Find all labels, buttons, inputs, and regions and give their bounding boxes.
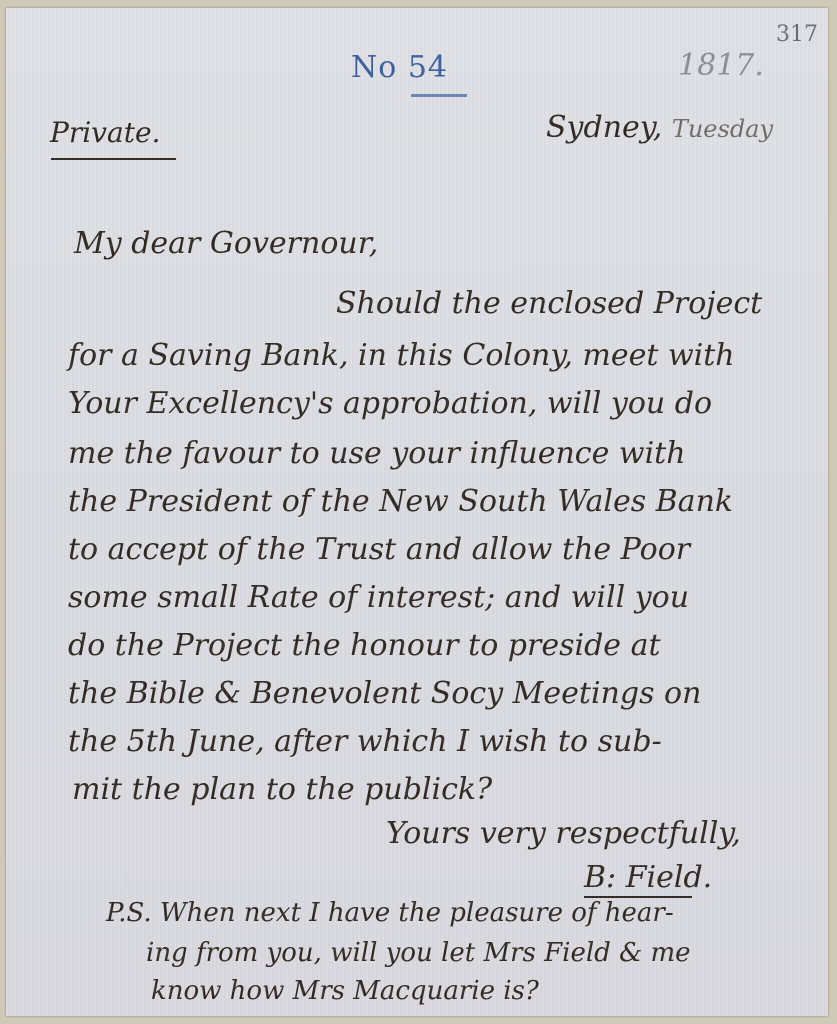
body-line: do the Project the honour to preside at xyxy=(68,628,661,663)
body-line: the Bible & Benevolent Socy Meetings on xyxy=(68,676,701,711)
letter-page: 317 1817. No 54 Private. Sydney, Tuesday… xyxy=(6,8,828,1016)
body-line: some small Rate of interest; and will yo… xyxy=(68,580,689,615)
place-date: Sydney, Tuesday xyxy=(546,110,773,145)
body-line: Your Excellency's approbation, will you … xyxy=(68,386,712,421)
postscript-line: P.S. When next I have the pleasure of he… xyxy=(106,898,674,928)
private-underline xyxy=(51,158,176,160)
document-number: No 54 xyxy=(351,50,448,85)
body-line: for a Saving Bank, in this Colony, meet … xyxy=(68,338,735,373)
body-line: me the favour to use your influence with xyxy=(68,436,686,471)
body-line: to accept of the Trust and allow the Poo… xyxy=(68,532,690,567)
salutation: My dear Governour, xyxy=(74,226,378,261)
closing: Yours very respectfully, xyxy=(386,816,741,851)
signature: B: Field. xyxy=(584,860,712,895)
postscript-line: know how Mrs Macquarie is? xyxy=(151,976,539,1006)
body-line: the President of the New South Wales Ban… xyxy=(68,484,733,519)
body-line: Should the enclosed Project xyxy=(336,286,762,321)
place: Sydney, xyxy=(546,110,662,145)
document-number-underline xyxy=(411,94,467,97)
private-marking: Private. xyxy=(50,116,160,149)
body-line: mit the plan to the publick? xyxy=(72,772,492,807)
body-line: the 5th June, after which I wish to sub- xyxy=(68,724,662,759)
year-annotation: 1817. xyxy=(678,48,764,83)
postscript-line: ing from you, will you let Mrs Field & m… xyxy=(146,938,691,968)
folio-number: 317 xyxy=(776,22,818,47)
day: Tuesday xyxy=(672,115,773,143)
